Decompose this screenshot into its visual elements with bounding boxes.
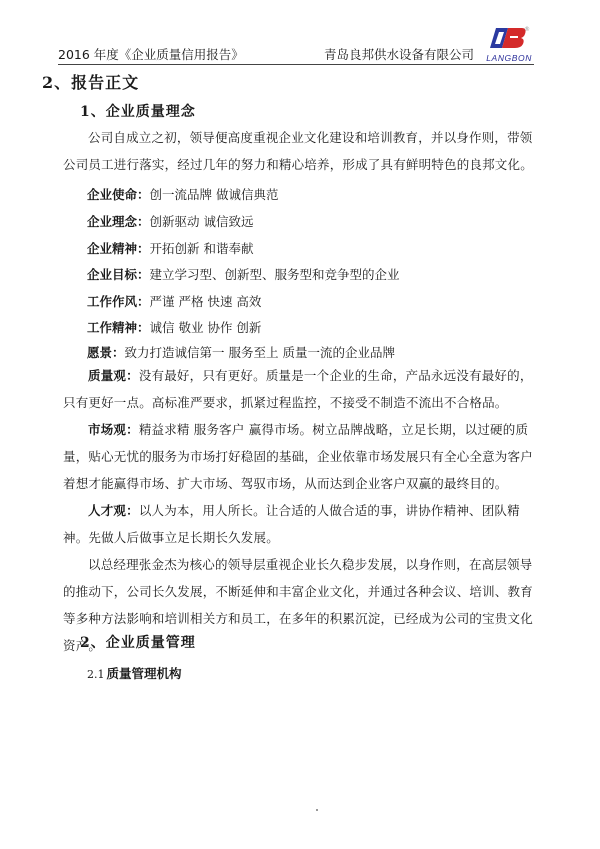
intro-paragraph: 公司自成立之初，领导便高度重视企业文化建设和培训教育，并以身作则，带领公司员工进… [63, 124, 543, 178]
vision-line: 愿景：致力打造诚信第一 服务至上 质量一流的企业品牌 [87, 343, 395, 361]
langbon-logo-icon [488, 26, 528, 50]
subsection-heading-quality-org: 2.1质量管理机构 [87, 664, 182, 682]
page-mark [316, 809, 318, 811]
subsection-heading-quality-management: 2、企业质量管理 [80, 632, 196, 652]
report-title: 2016 年度《企业质量信用报告》 [58, 45, 244, 63]
philosophy-line: 企业理念：创新驱动 诚信致远 [87, 212, 254, 230]
section-heading: 2、报告正文 [42, 70, 139, 93]
talent-view-paragraph: 人才观：以人为本，用人所长。让合适的人做合适的事，讲协作精神、团队精神。先做人后… [63, 497, 543, 551]
registered-mark-icon: ® [524, 26, 530, 33]
spirit-line: 企业精神：开拓创新 和谐奉献 [87, 239, 254, 257]
market-view-paragraph: 市场观：精益求精 服务客户 赢得市场。树立品牌战略，立足长期，以过硬的质量，贴心… [63, 416, 543, 497]
header-rule: 2016 年度《企业质量信用报告》 青岛良邦供水设备有限公司 LANGBON [58, 45, 534, 65]
quality-view-paragraph: 质量观：没有最好，只有更好。质量是一个企业的生命，产品永远没有最好的，只有更好一… [63, 362, 543, 416]
subsection-heading-quality-concept: 1、企业质量理念 [80, 101, 196, 121]
brand-name: LANGBON [486, 53, 532, 63]
company-name: 青岛良邦供水设备有限公司 [324, 45, 474, 63]
mission-line: 企业使命：创一流品牌 做诚信典范 [87, 185, 279, 203]
goal-line: 企业目标：建立学习型、创新型、服务型和竞争型的企业 [87, 265, 400, 283]
work-spirit-line: 工作精神：诚信 敬业 协作 创新 [87, 318, 261, 336]
work-style-line: 工作作风：严谨 严格 快速 高效 [87, 292, 261, 310]
